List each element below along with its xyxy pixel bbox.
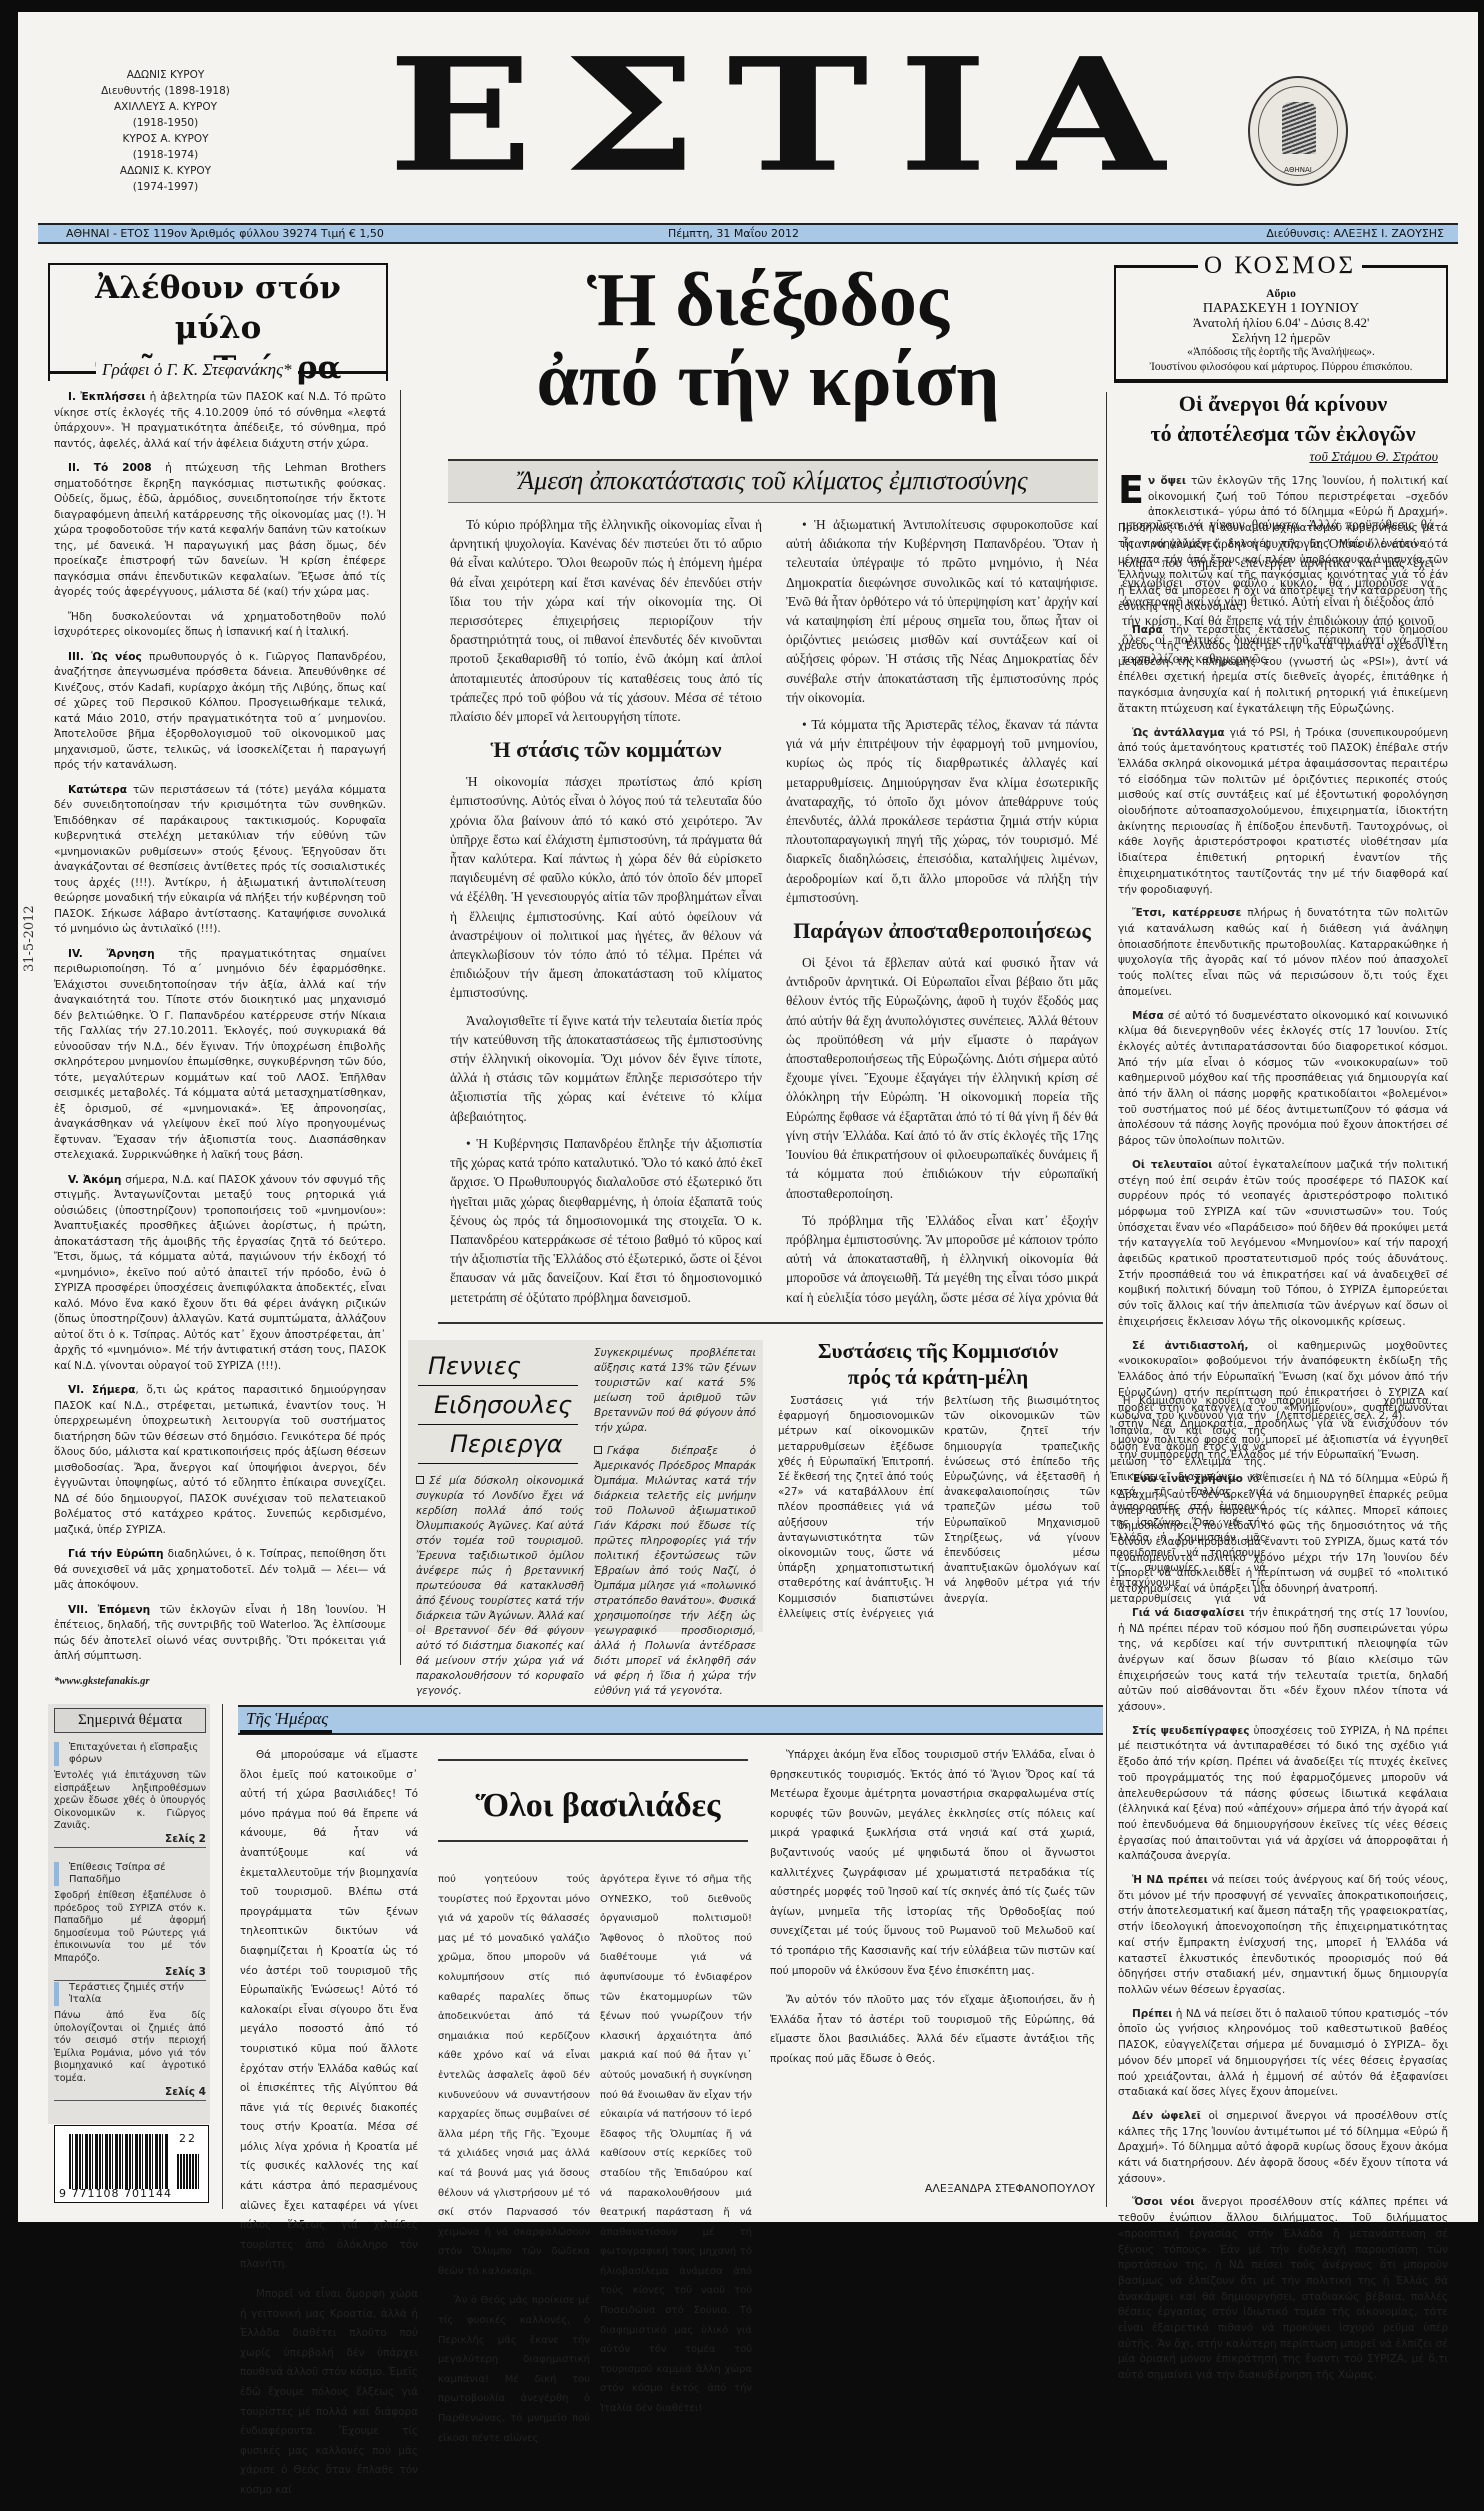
curiosities-title: Πεννιες Ειδησουλες Περιεργα [418, 1347, 578, 1464]
barcode-number: 9 771108 701144 [59, 2187, 172, 2200]
paragraph-text: , ὅ,τι ὡς κράτος παρασιτικό δημιούργησαν… [54, 1384, 386, 1536]
title-line: Ειδησουλες [418, 1386, 578, 1425]
side-date-stamp: 31-5-2012 [22, 905, 37, 972]
paragraph: Ἀναλογισθεῖτε τί ἔγινε κατά τήν τελευταί… [450, 1011, 762, 1126]
lead-in: ΙΙΙ. Ὡς νέος [68, 651, 142, 663]
column-divider [222, 1704, 223, 2209]
main-headline[interactable]: Ἡ διέξοδος ἀπό τήν κρίση [458, 260, 1078, 420]
title-line: τό ἀποτέλεσμα τῶν ἐκλογῶν [1118, 419, 1448, 449]
title-line: Πεννιες [418, 1347, 578, 1386]
title-line: Οἱ ἄνεργοι θά κρίνουν [1118, 389, 1448, 419]
topic-summary: Σφοδρή ἐπίθεση ἐξαπέλυσε ὁ πρόεδρος τοῦ … [54, 1890, 206, 1966]
paragraph: IV. Ἄρνηση τῆς πραγματικότητας σημαίνει … [54, 947, 386, 1164]
column-divider [400, 390, 401, 1665]
founder-years: Διευθυντής (1898-1918) [78, 83, 253, 99]
paragraph: Παρά τήν τεραστίας ἐκτάσεως περικοπή τοῦ… [1118, 623, 1448, 717]
lead-in: V. Ἀκόμη [68, 1174, 121, 1186]
founder-name: ΑΔΩΝΙΣ Κ. ΚΥΡΟΥ [78, 163, 253, 179]
main-subheadline: Ἄμεση ἀποκατάστασις τοῦ κλίματος ἐμπιστο… [448, 459, 1098, 503]
paragraph-text: τῶν περιστάσεων τά (τότε) μεγάλα κόμματα… [54, 784, 386, 936]
newspaper-page: ΑΔΩΝΙΣ ΚΥΡΟΥ Διευθυντής (1898-1918) ΑΧΙΛ… [18, 12, 1478, 2222]
paragraph: Συστάσεις γιά τήν ἐφαρμογή δημοσιονομικῶ… [778, 1394, 1100, 1634]
author-signature: ΑΛΕΞΑΝΔΡΑ ΣΤΕΦΑΝΟΠΟΥΛΟΥ [770, 2182, 1095, 2195]
curiosity-item: Γκάφα διέπραξε ὁ Ἀμερικανός Πρόεδρος Μπα… [594, 1445, 756, 1697]
paragraph: πού γοητεύουν τούς τουρίστες πού ἔρχοντα… [438, 1870, 590, 2240]
paragraph-text: τῶν ἐκλογῶν τῆς 17ης Ἰουνίου, ἡ πολιτική… [1118, 475, 1448, 613]
paragraph: Οἱ ξένοι τά ἔβλεπαν αὐτά καί φυσικό ἦταν… [786, 953, 1098, 1203]
lead-in: Κατώτερα [68, 784, 127, 796]
barcode-addon-bars-icon [177, 2154, 199, 2189]
almanac-line: Αὔριο [1116, 287, 1446, 302]
almanac-title: Ο ΚΟΣΜΟΣ [1198, 252, 1362, 280]
drop-cap: Ε [1118, 474, 1144, 506]
oped-body: Ι. Ἐκπλήσσει ἡ ἀβελτηρία τῶν ΠΑΣΟΚ καί Ν… [54, 390, 386, 1698]
paragraph: V. Ἀκόμη σήμερα, Ν.Δ. καί ΠΑΣΟΚ χάνουν τ… [54, 1173, 386, 1375]
footnote-link[interactable]: *www.gkstefanakis.gr [54, 1674, 386, 1690]
paragraph: Στίς ψευδεπίγραφες ὑποσχέσεις τοῦ ΣΥΡΙΖΑ… [1118, 1724, 1448, 1865]
topic-page-ref[interactable]: Σελίς 2 [54, 1833, 206, 1848]
right-article-title[interactable]: Οἱ ἄνεργοι θά κρίνουν τό ἀποτέλεσμα τῶν … [1118, 389, 1448, 449]
barcode-addon: 22 [179, 2132, 197, 2145]
lead-in: Ι. Ἐκπλήσσει [68, 391, 145, 403]
paragraph: Κατώτερα τῶν περιστάσεων τά (τότε) μεγάλ… [54, 783, 386, 938]
section-heading: Παράγων ἀποσταθεροποιήσεως [786, 917, 1098, 945]
barcode-bars-icon [69, 2134, 169, 2189]
oped-title-line: Ἀλέθουν στόν μύλο [48, 268, 388, 348]
paragraph-text: σέ αὐτό τό δυσμενέστατο οἰκονομικό καί κ… [1118, 1010, 1448, 1148]
paragraph: Εν ὄψει τῶν ἐκλογῶν τῆς 17ης Ἰουνίου, ἡ … [1118, 474, 1448, 615]
right-article-byline: τοῦ Στάμου Θ. Στράτου [1118, 450, 1438, 466]
lead-in: Στίς ψευδεπίγραφες [1132, 1725, 1249, 1737]
section-label: Τῆς Ἡμέρας [246, 1706, 328, 1732]
lead-in: Ὡς ἀντάλλαγμα [1132, 727, 1225, 739]
divider [240, 1730, 332, 1734]
main-article-body: Τό κύριο πρόβλημα τῆς ἑλληνικῆς οἰκονομί… [450, 515, 1098, 1315]
founder-name: ΑΧΙΛΛΕΥΣ Α. ΚΥΡΟΥ [78, 99, 253, 115]
column-text: Θά μπορούσαμε νά εἴμαστε ὅλοι ἐμεῖς πού … [240, 1746, 418, 2240]
newspaper-logo[interactable]: ΕΣΤΙΑ [388, 50, 1058, 181]
lead-in: ν ὄψει [1148, 475, 1186, 487]
paragraph: VII. Ἐπόμενη τῶν ἐκλογῶν εἶναι ἡ 18η Ἰου… [54, 1603, 386, 1665]
lead-in: Ἔτσι, κατέρρευσε [1132, 907, 1241, 919]
paragraph: ΙΙ. Τό 2008 ἡ πτώχευση τῆς Lehman Brothe… [54, 461, 386, 601]
lead-in: Ἡ ΝΔ πρέπει [1132, 1874, 1208, 1886]
paragraph: Ι. Ἐκπλήσσει ἡ ἀβελτηρία τῶν ΠΑΣΟΚ καί Ν… [54, 390, 386, 452]
topic-item[interactable]: Ἐπιταχύνεται ἡ εἴσπραξις φόρων Ἐντολές γ… [54, 1742, 206, 1848]
topic-summary: Ἐντολές γιά ἐπιτάχυνση τῶν εἰσπράξεων λη… [54, 1770, 206, 1833]
curiosities-col-1: Σέ μία δύσκολη οἰκονομικά συγκυρία τό Λο… [416, 1474, 584, 1707]
paragraph: • Τά κόμματα τῆς Ἀριστερᾶς τέλος, ἔκαναν… [786, 715, 1098, 907]
curiosity-item: Συγκεκριμένως προβλέπεται αὔξησις κατά 1… [594, 1346, 756, 1436]
column-text: πού γοητεύουν τούς τουρίστες πού ἔρχοντα… [438, 1870, 590, 2240]
hestia-seal-icon: ΑΘΗΝΑΙ [1248, 76, 1348, 186]
paragraph: • Ἡ ἀξιωματική Ἀντιπολίτευσις σφυροκοποῦ… [786, 515, 1098, 707]
title-line: Συστάσεις τῆς Κομμισσιόν [773, 1338, 1103, 1364]
topic-item[interactable]: Ἐπίθεσις Τσίπρα σέ Παπαδῆμο Σφοδρή ἐπίθε… [54, 1862, 206, 1981]
column-text: Ὑπάρχει ἀκόμη ἕνα εἶδος τουρισμοῦ στήν Ἑ… [770, 1746, 1095, 2080]
paragraph-text: ὑποσχέσεις τοῦ ΣΥΡΙΖΑ, ἡ ΝΔ πρέπει μέ πε… [1118, 1725, 1448, 1863]
seal-label: ΑΘΗΝΑΙ [1250, 166, 1346, 174]
topic-title: Ἐπιταχύνεται ἡ εἴσπραξις φόρων [54, 1742, 206, 1766]
column-divider [1106, 392, 1107, 2207]
paragraph-text: σήμερα, Ν.Δ. καί ΠΑΣΟΚ χάνουν τόν σφυγμό… [54, 1174, 386, 1372]
paragraph: Πρέπει ἡ ΝΔ νά πείσει ὅτι ὁ παλαιοῦ τύπο… [1118, 2007, 1448, 2101]
paragraph: Ὑπάρχει ἀκόμη ἕνα εἶδος τουρισμοῦ στήν Ἑ… [770, 1746, 1095, 1981]
lead-in: Οἱ τελευταῖοι [1132, 1159, 1212, 1171]
divider [438, 1322, 1103, 1324]
paragraph: Θά μπορούσαμε νά εἴμαστε ὅλοι ἐμεῖς πού … [240, 1746, 418, 2240]
paragraph: Ἄν αὐτόν τόν πλοῦτο μας τόν εἴχαμε ἀξιοπ… [770, 1991, 1095, 2069]
founder-name: ΑΔΩΝΙΣ ΚΥΡΟΥ [78, 67, 253, 83]
director-name: Διεύθυνσις: ΑΛΕΞΗΣ Ι. ΖΑΟΥΣΗΣ [1266, 225, 1444, 242]
issue-date: Πέμπτη, 31 Μαΐου 2012 [668, 225, 799, 242]
founder-years: (1918-1950) [78, 115, 253, 131]
paragraph: Ὡς ἀντάλλαγμα γιά τό PSI, ἡ Τρόικα (συνε… [1118, 726, 1448, 899]
lead-in: Παρά [1132, 624, 1163, 636]
paragraph-text: γιά τό PSI, ἡ Τρόικα (συνεπικουρούμενη ἀ… [1118, 727, 1448, 896]
article-title[interactable]: Ὅλοι βασιλιάδες [438, 1787, 758, 1825]
almanac-line: Σελήνη 12 ἡμερῶν [1116, 331, 1446, 346]
title-line: πρός τά κράτη-μέλη [773, 1364, 1103, 1390]
paragraph: Μέσα σέ αὐτό τό δυσμενέστατο οἰκονομικό … [1118, 1009, 1448, 1150]
paragraph-text: νά πείσει τούς ἀνέργους καί δή τούς νέου… [1118, 1874, 1448, 1996]
paragraph-text: τήν τεραστίας ἐκτάσεως περικοπή τοῦ δημο… [1118, 624, 1448, 715]
topic-page-ref[interactable]: Σελίς 4 [54, 2086, 206, 2101]
paragraph-text: Ἤδη δυσκολεύονται νά χρηματοδοτηθοῦν πολ… [54, 611, 386, 639]
lead-in: Ὅσοι νέοι [1132, 2196, 1195, 2208]
column-text: ἀργότερα ἔγινε τό σῆμα τῆς ΟΥΝΕΣΚΟ, τοῦ … [600, 1870, 752, 2240]
title-line: Περιεργα [418, 1425, 578, 1464]
section-band [238, 1705, 1103, 1735]
lead-in: Πρέπει [1132, 2008, 1172, 2020]
almanac-box: Αὔριο ΠΑΡΑΣΚΕΥΗ 1 ΙΟΥΝΙΟΥ Ἀνατολή ἡλίου … [1114, 265, 1448, 383]
checkbox-bullet-icon [594, 1446, 602, 1454]
curiosities-col-2: Συγκεκριμένως προβλέπεται αὔξησις κατά 1… [594, 1346, 756, 1707]
topic-title: Τεράστιες ζημιές στήν Ἰταλία [54, 1982, 206, 2006]
lead-in: IV. Ἄρνηση [68, 948, 155, 960]
paragraph: ΙΙΙ. Ὡς νέος πρωθυπουργός ὁ κ. Γιῶργος Π… [54, 650, 386, 774]
right-article-body: Εν ὄψει τῶν ἐκλογῶν τῆς 17ης Ἰουνίου, ἡ … [1118, 474, 1448, 2240]
almanac-line: Ἀνατολή ἡλίου 6.04' - Δύσις 8.42' [1116, 316, 1446, 331]
oped-byline: Γράφει ὁ Γ. Κ. Στεφανάκης* [96, 360, 298, 380]
lead-in: Γιά τήν Εὐρώπη [68, 1548, 164, 1560]
topic-summary: Πάνω ἀπό ἕνα δίς ὑπολογίζονται οἱ ζημιές… [54, 2010, 206, 2086]
paragraph: Δέν ὠφελεῖ οἱ σημερινοί ἄνεργοι νά προσέ… [1118, 2109, 1448, 2188]
founders-list: ΑΔΩΝΙΣ ΚΥΡΟΥ Διευθυντής (1898-1918) ΑΧΙΛ… [78, 67, 253, 195]
paragraph: Τό κύριο πρόβλημα τῆς ἑλληνικῆς οἰκονομί… [450, 515, 762, 726]
almanac-line: Ἰουστίνου φιλοσόφου καί μάρτυρος. Πύρρου… [1116, 360, 1446, 375]
founder-years: (1974-1997) [78, 179, 253, 195]
divider [438, 1759, 748, 1761]
date-bar: ΑΘΗΝΑΙ - ΕΤΟΣ 119ον Ἀριθμός φύλλου 39274… [38, 223, 1458, 244]
founder-years: (1918-1974) [78, 147, 253, 163]
commission-title[interactable]: Συστάσεις τῆς Κομμισσιόν πρός τά κράτη-μ… [773, 1338, 1103, 1390]
lead-in: Δέν ὠφελεῖ [1132, 2110, 1201, 2122]
headline-line: Ἡ διέξοδος [458, 260, 1078, 340]
founder-name: ΚΥΡΟΣ Α. ΚΥΡΟΥ [78, 131, 253, 147]
paragraph: Ἡ ΝΔ πρέπει νά πείσει τούς ἀνέργους καί … [1118, 1873, 1448, 1999]
lead-in: VII. Ἐπόμενη [68, 1604, 150, 1616]
commission-body: Συστάσεις γιά τήν ἐφαρμογή δημοσιονομικῶ… [778, 1394, 1100, 1634]
paragraph: Ἔτσι, κατέρρευσε πλήρως ἡ δυνατότητα τῶν… [1118, 906, 1448, 1000]
paragraph: Ἤδη δυσκολεύονται νά χρηματοδοτηθοῦν πολ… [54, 610, 386, 641]
paragraph: • Ἡ Κυβέρνησις Παπανδρέου ἔπληξε τήν ἀξι… [450, 1134, 762, 1307]
lead-in: VI. Σήμερα [68, 1384, 135, 1396]
topic-page-ref[interactable]: Σελίς 3 [54, 1966, 206, 1981]
divider [438, 1840, 748, 1842]
curiosity-item: Σέ μία δύσκολη οἰκονομικά συγκυρία τό Λο… [416, 1475, 584, 1697]
lead-in: Σέ ἀντιδιαστολή, [1132, 1340, 1248, 1352]
headline-line: ἀπό τήν κρίση [458, 340, 1078, 420]
topic-title: Ἐπίθεσις Τσίπρα σέ Παπαδῆμο [54, 1862, 206, 1886]
section-heading: Ἡ στάσις τῶν κομμάτων [450, 736, 762, 764]
paragraph-text: τῆς πραγματικότητας σημαίνει περιθωριοπο… [54, 948, 386, 1162]
almanac-line: «Ἀπόδοσις τῆς ἑορτῆς τῆς Ἀναλήψεως». [1116, 345, 1446, 360]
topic-item[interactable]: Τεράστιες ζημιές στήν Ἰταλία Πάνω ἀπό ἕν… [54, 1982, 206, 2101]
lead-in: Μέσα [1132, 1010, 1164, 1022]
paragraph: Γιά τήν Εὐρώπη διαδηλώνει, ὁ κ. Τσίπρας,… [54, 1547, 386, 1594]
paragraph-text: ἡ πτώχευση τῆς Lehman Brothers σηματοδότ… [54, 462, 386, 598]
paragraph-text: πρωθυπουργός ὁ κ. Γιῶργος Παπανδρέου, ἀν… [54, 651, 386, 772]
paragraph: Ὅσοι νέοι ἄνεργοι προσέλθουν στίς κάλπες… [1118, 2195, 1448, 2240]
paragraph: Ἡ οἰκονομία πάσχει πρωτίστως ἀπό κρίση ἐ… [450, 772, 762, 1002]
paragraph: VI. Σήμερα, ὅ,τι ὡς κράτος παρασιτικό δη… [54, 1383, 386, 1538]
paragraph: Οἱ τελευταῖοι αὐτοί ἐγκαταλείπουν μαζικά… [1118, 1158, 1448, 1331]
checkbox-bullet-icon [416, 1476, 424, 1484]
almanac-line: ΠΑΡΑΣΚΕΥΗ 1 ΙΟΥΝΙΟΥ [1116, 302, 1446, 317]
issue-info: ΑΘΗΝΑΙ - ΕΤΟΣ 119ον Ἀριθμός φύλλου 39274… [66, 225, 384, 242]
lead-in: ΙΙ. Τό 2008 [68, 462, 152, 474]
todays-topics-header: Σημερινά θέματα [54, 1708, 206, 1733]
barcode: 22 9 771108 701144 [54, 2125, 209, 2203]
paragraph-text: ἡ ΝΔ νά πείσει ὅτι ὁ παλαιοῦ τύπου κρατι… [1118, 2008, 1448, 2099]
paragraph-text: πλήρως ἡ δυνατότητα τῶν πολιτῶν γιά κατα… [1118, 907, 1448, 998]
paragraph-text: αὐτοί ἐγκαταλείπουν μαζικά τήν πολιτική … [1118, 1159, 1448, 1328]
paragraph: ἀργότερα ἔγινε τό σῆμα τῆς ΟΥΝΕΣΚΟ, τοῦ … [600, 1870, 752, 2240]
